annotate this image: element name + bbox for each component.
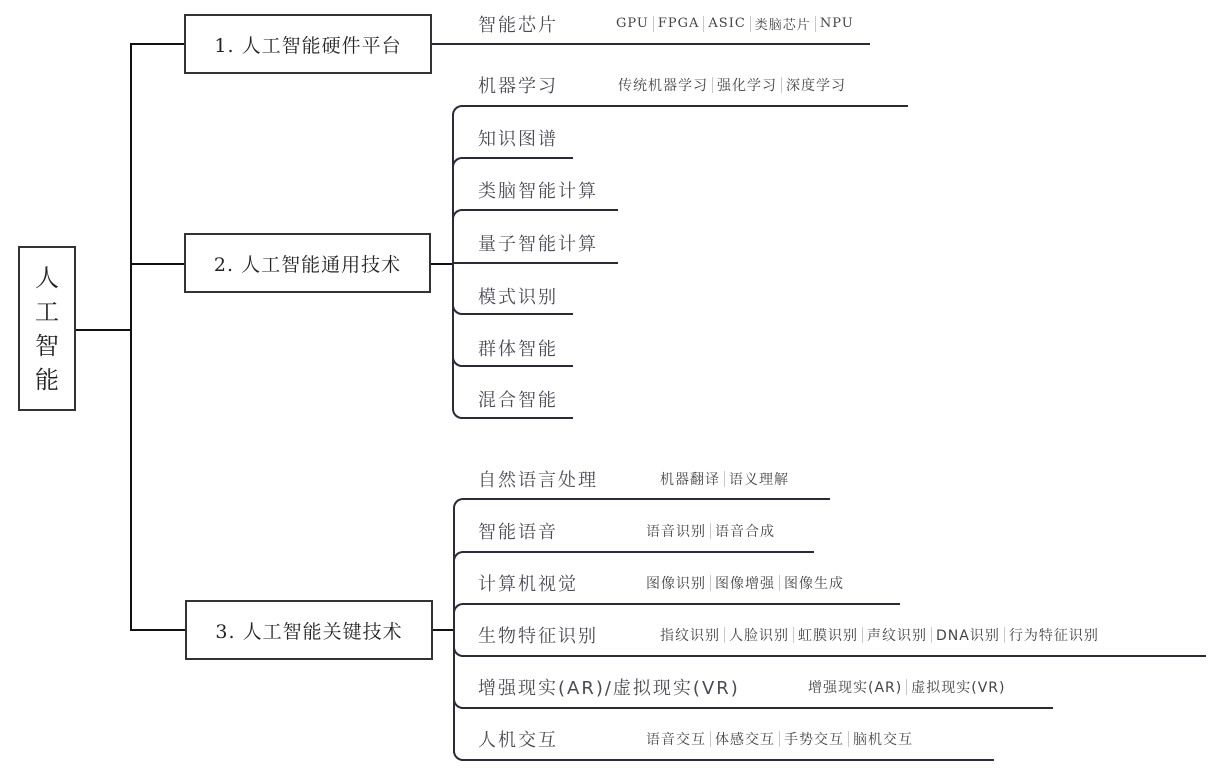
- separator: [710, 575, 711, 591]
- item-underline: [461, 209, 618, 211]
- root-char: 智: [35, 329, 59, 363]
- separator: [1004, 627, 1005, 643]
- bracket-line-group-3: [453, 507, 455, 753]
- root-connector: [76, 329, 132, 331]
- connector-cat-3-bracket: [433, 629, 453, 631]
- subitem: DNA识别: [936, 625, 1000, 645]
- subitem: 语音识别: [646, 521, 706, 541]
- item-smart-chip: 智能芯片: [478, 11, 558, 37]
- subitem: 机器翻译: [660, 469, 720, 489]
- subitem: 传统机器学习: [618, 75, 708, 95]
- connector-cat-3: [130, 629, 185, 631]
- category-label: 1. 人工智能硬件平台: [214, 31, 401, 58]
- separator: [710, 523, 711, 539]
- category-label: 3. 人工智能关键技术: [215, 617, 402, 644]
- subitem: 行为特征识别: [1009, 625, 1099, 645]
- subitem: 语音交互: [646, 729, 706, 749]
- subitem: 语音合成: [715, 521, 775, 541]
- item-hci: 人机交互: [478, 726, 558, 752]
- subitems-computer-vision: 图像识别 图像增强 图像生成: [646, 573, 844, 593]
- item-biometrics: 生物特征识别: [478, 622, 598, 648]
- item-underline: [461, 417, 573, 419]
- item-underline: [461, 157, 573, 159]
- item-ar-vr: 增强现实(AR)/虚拟现实(VR): [478, 674, 740, 700]
- separator: [793, 627, 794, 643]
- subitem: 强化学习: [717, 75, 777, 95]
- separator: [712, 77, 713, 93]
- root-char: 能: [35, 363, 59, 397]
- separator: [862, 627, 863, 643]
- subitem: 语义理解: [729, 469, 789, 489]
- item-underline: [462, 551, 814, 553]
- item-pattern-recognition: 模式识别: [478, 283, 558, 309]
- separator: [779, 575, 780, 591]
- subitem: NPU: [820, 16, 854, 31]
- root-node: 人 工 智 能: [18, 246, 76, 411]
- separator: [750, 16, 751, 32]
- subitem: 深度学习: [786, 75, 846, 95]
- category-general-technology: 2. 人工智能通用技术: [184, 233, 431, 293]
- trunk-line: [130, 43, 132, 631]
- connector-cat-2-bracket: [431, 263, 453, 265]
- subitem: 人脸识别: [729, 625, 789, 645]
- subitem: 指纹识别: [660, 625, 720, 645]
- item-underline: [462, 707, 1053, 709]
- subitem: 虚拟现实(VR): [911, 677, 1005, 697]
- item-underline: [461, 313, 573, 315]
- item-hybrid-intelligence: 混合智能: [478, 386, 558, 412]
- item-underline: [461, 105, 908, 107]
- category-label: 2. 人工智能通用技术: [214, 250, 401, 277]
- subitem: 图像生成: [784, 573, 844, 593]
- subitems-ar-vr: 增强现实(AR) 虚拟现实(VR): [808, 677, 1005, 697]
- item-underline: [432, 43, 870, 45]
- separator: [779, 731, 780, 747]
- item-brain-inspired-computing: 类脑智能计算: [478, 177, 598, 203]
- separator: [724, 471, 725, 487]
- subitem: 脑机交互: [853, 729, 913, 749]
- separator: [703, 16, 704, 32]
- item-quantum-computing: 量子智能计算: [478, 230, 598, 256]
- subitem: 类脑芯片: [755, 14, 811, 33]
- subitem: ASIC: [708, 16, 745, 31]
- subitem: GPU: [616, 16, 649, 31]
- subitem: FPGA: [658, 16, 700, 31]
- item-underline: [462, 603, 900, 605]
- separator: [931, 627, 932, 643]
- subitem: 手势交互: [784, 729, 844, 749]
- root-char: 人: [35, 261, 59, 295]
- item-underline: [462, 655, 1206, 657]
- root-char: 工: [35, 295, 59, 329]
- category-key-technology: 3. 人工智能关键技术: [185, 600, 433, 660]
- subitem: 图像增强: [715, 573, 775, 593]
- subitem: 声纹识别: [867, 625, 927, 645]
- item-underline: [462, 759, 994, 761]
- item-computer-vision: 计算机视觉: [478, 570, 578, 596]
- subitem: 体感交互: [715, 729, 775, 749]
- separator: [848, 731, 849, 747]
- separator: [724, 627, 725, 643]
- item-underline: [461, 365, 573, 367]
- subitems-nlp: 机器翻译 语义理解: [660, 469, 789, 489]
- subitems-machine-learning: 传统机器学习 强化学习 深度学习: [618, 75, 846, 95]
- connector-cat-2: [130, 263, 185, 265]
- subitem: 虹膜识别: [798, 625, 858, 645]
- separator: [906, 679, 907, 695]
- separator: [781, 77, 782, 93]
- separator: [815, 16, 816, 32]
- item-swarm-intelligence: 群体智能: [478, 335, 558, 361]
- connector-cat-1: [130, 43, 185, 45]
- item-knowledge-graph: 知识图谱: [478, 125, 558, 151]
- subitem: 图像识别: [646, 573, 706, 593]
- separator: [653, 16, 654, 32]
- item-machine-learning: 机器学习: [478, 72, 558, 98]
- item-nlp: 自然语言处理: [478, 466, 598, 492]
- subitems-biometrics: 指纹识别 人脸识别 虹膜识别 声纹识别 DNA识别 行为特征识别: [660, 625, 1099, 645]
- separator: [710, 731, 711, 747]
- item-intelligent-speech: 智能语音: [478, 518, 558, 544]
- subitems-hci: 语音交互 体感交互 手势交互 脑机交互: [646, 729, 913, 749]
- subitems-intelligent-speech: 语音识别 语音合成: [646, 521, 775, 541]
- item-underline: [462, 498, 830, 500]
- subitem: 增强现实(AR): [808, 677, 902, 697]
- subitems-smart-chip: GPU FPGA ASIC 类脑芯片 NPU: [616, 14, 854, 33]
- category-hardware-platform: 1. 人工智能硬件平台: [184, 14, 432, 74]
- item-underline: [452, 262, 618, 264]
